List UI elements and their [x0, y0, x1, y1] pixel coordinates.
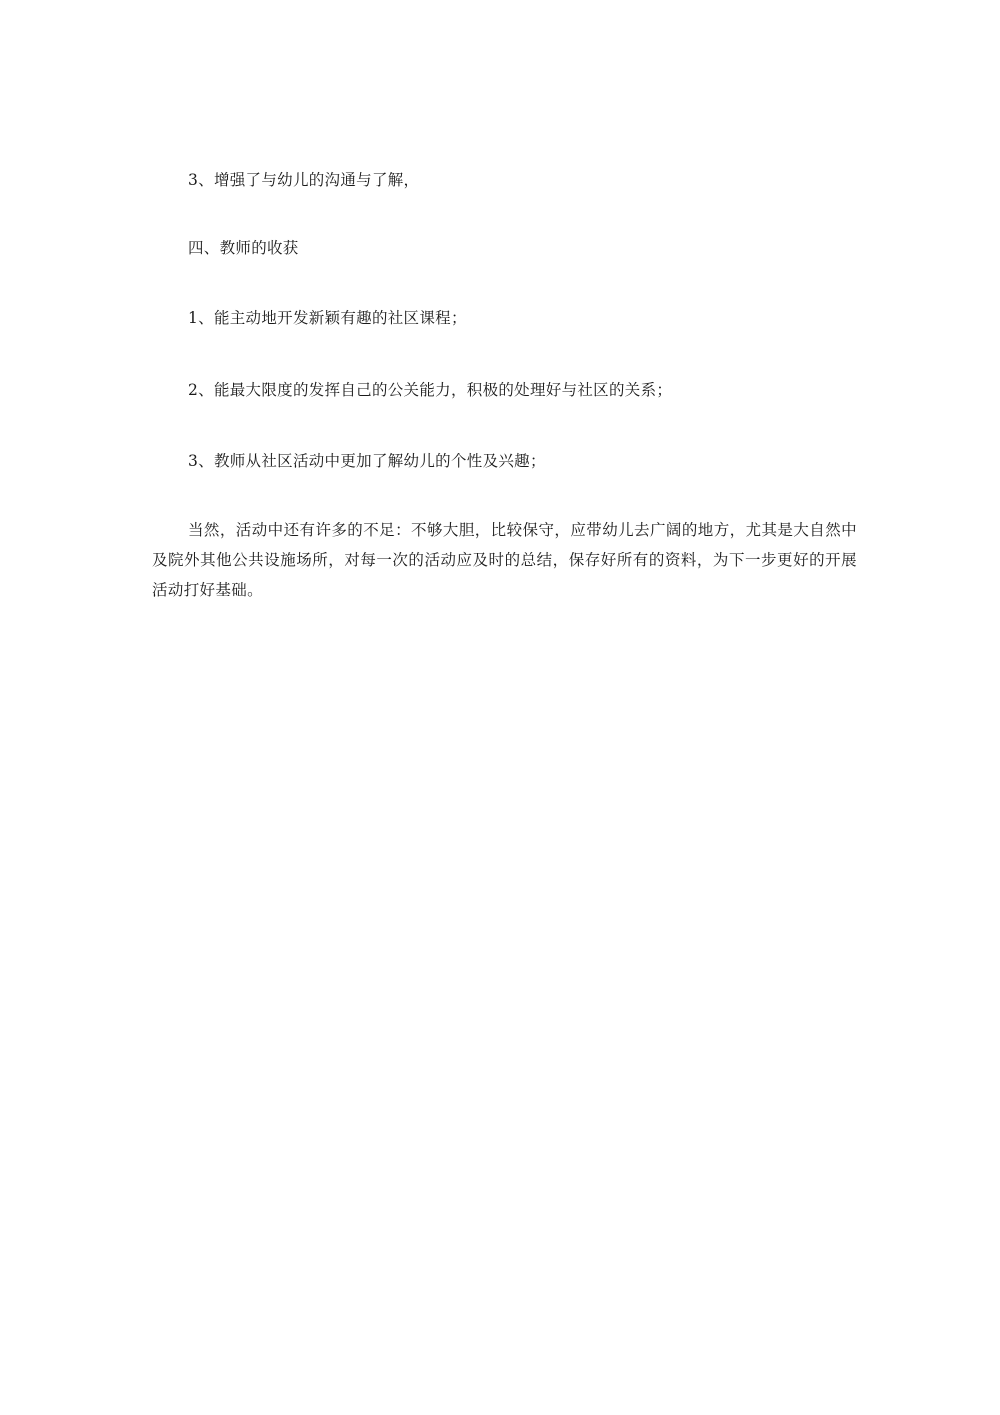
- section-heading-teacher-gains: 四、教师的收获: [188, 238, 299, 258]
- list-item-communication: 3、增强了与幼儿的沟通与了解，: [188, 170, 419, 190]
- list-item-public-relations: 2、能最大限度的发挥自己的公关能力，积极的处理好与社区的关系；: [188, 380, 672, 400]
- document-page: 3、增强了与幼儿的沟通与了解， 四、教师的收获 1、能主动地开发新颖有趣的社区课…: [0, 0, 1000, 1415]
- list-item-understanding-children: 3、教师从社区活动中更加了解幼儿的个性及兴趣；: [188, 451, 546, 471]
- closing-paragraph: 当然，活动中还有许多的不足：不够大胆，比较保守，应带幼儿去广阔的地方，尤其是大自…: [152, 515, 857, 605]
- list-item-curriculum: 1、能主动地开发新颖有趣的社区课程；: [188, 308, 467, 328]
